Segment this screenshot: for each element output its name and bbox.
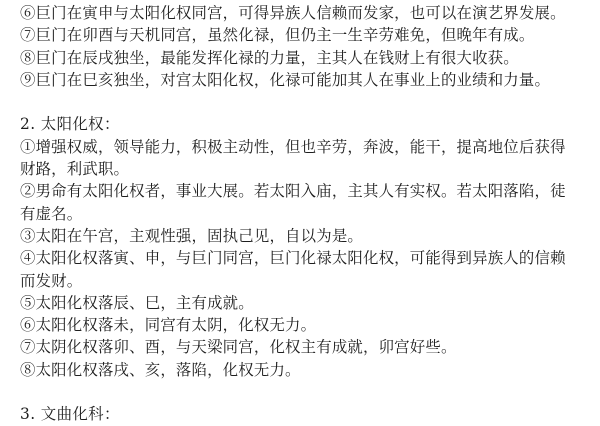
list-item: ⑦太阴化权落卯、酉，与天梁同宫，化权主有成就，卯宫好些。 bbox=[20, 336, 582, 358]
list-item: ②男命有太阳化权者，事业大展。若太阳入庙，主其人有实权。若太阳落陷，徒 bbox=[20, 180, 582, 202]
list-item: ⑧巨门在辰戌独坐，最能发挥化禄的力量，主其人在钱财上有很大收获。 bbox=[20, 47, 582, 69]
list-item: ③太阳在午宫，主观性强，固执己见，自以为是。 bbox=[20, 225, 582, 247]
list-item: ⑨巨门在巳亥独坐，对宫太阳化权，化禄可能加其人在事业上的业绩和力量。 bbox=[20, 69, 582, 91]
list-item: ④太阳化权落寅、申，与巨门同宫，巨门化禄太阳化权，可能得到异族人的信赖 bbox=[20, 247, 582, 269]
list-item: ⑧太阳化权落戌、亥，落陷，化权无力。 bbox=[20, 359, 582, 381]
spacer bbox=[20, 381, 582, 400]
spacer bbox=[20, 91, 582, 113]
list-item-continuation: 而发财。 bbox=[20, 270, 582, 292]
document-body: ⑥巨门在寅申与太阳化权同宫，可得异族人信赖而发家，也可以在演艺界发展。 ⑦巨门在… bbox=[20, 2, 582, 400]
list-item: ⑥太阳化权落未，同宫有太阴，化权无力。 bbox=[20, 314, 582, 336]
list-item: ⑥巨门在寅申与太阳化权同宫，可得异族人信赖而发家，也可以在演艺界发展。 bbox=[20, 2, 582, 24]
list-item: ①增强权威，领导能力，积极主动性，但也辛劳，奔波，能干，提高地位后获得 bbox=[20, 136, 582, 158]
list-item-continuation: 财路，利武职。 bbox=[20, 158, 582, 180]
list-item: ⑦巨门在卯酉与天机同宫，虽然化禄，但仍主一生辛劳难免，但晚年有成。 bbox=[20, 24, 582, 46]
section-heading-taiyang: 2. 太阳化权： bbox=[20, 113, 582, 135]
list-item-continuation: 有虚名。 bbox=[20, 203, 582, 225]
list-item: ⑤太阳化权落辰、巳，主有成就。 bbox=[20, 292, 582, 314]
